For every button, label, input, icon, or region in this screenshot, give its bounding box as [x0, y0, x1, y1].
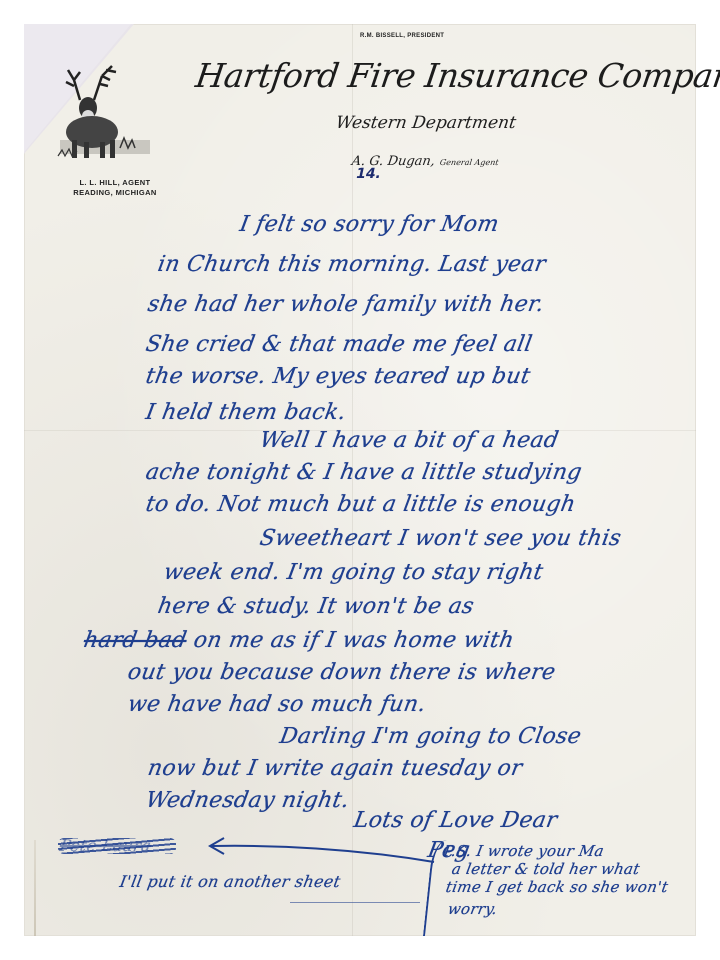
letter-line: Wednesday night.	[144, 788, 352, 813]
closing: Lots of Love Dear	[352, 808, 559, 833]
agent-info: L. L. HILL, AGENT READING, MICHIGAN	[60, 178, 170, 198]
ps-line: worry.	[446, 900, 498, 918]
date-mark: 14.	[354, 166, 382, 182]
letter-line: Darling I'm going to Close	[278, 724, 584, 749]
struck-words: hard bad	[82, 628, 189, 653]
letter-line: She cried & that made me feel all	[144, 332, 534, 357]
letter-line: now but I write again tuesday or	[146, 756, 524, 781]
paper-edge	[34, 840, 36, 936]
letter-line: out you because down there is where	[126, 660, 558, 685]
letter-line: ache tonight & I have a little studying	[144, 460, 584, 485]
department-name: Western Department	[335, 113, 518, 133]
letter-line: here & study. It won't be as	[156, 594, 476, 619]
stag-icon	[50, 60, 160, 170]
ps-line: P.S. I wrote your Ma	[442, 842, 605, 860]
letter-line: Well I have a bit of a head	[258, 428, 561, 453]
general-agent-title: General Agent	[439, 158, 499, 167]
letter-line: in Church this morning. Last year	[156, 252, 548, 277]
divider-line	[290, 902, 420, 903]
letter-line-struck-row: hard bad on me as if I was home with	[82, 628, 516, 653]
letter-line: she had her whole family with her.	[146, 292, 546, 317]
letter-line: on me as if I was home with	[192, 628, 516, 653]
letter-line: we have had so much fun.	[126, 692, 428, 717]
letter-line: Sweetheart I won't see you this	[258, 526, 623, 551]
company-name: Hartford Fire Insurance Company	[193, 56, 688, 95]
president-line: R.M. BISSELL, PRESIDENT	[360, 33, 444, 39]
arrow-icon	[206, 836, 436, 866]
ps-line: time I get back so she won't	[444, 878, 669, 896]
ps-line: a letter & told her what	[450, 860, 641, 878]
agent-name: L. L. HILL, AGENT	[60, 178, 170, 188]
letter-line: week end. I'm going to stay right	[162, 560, 545, 585]
letter-line: I held them back.	[144, 400, 348, 425]
agent-location: READING, MICHIGAN	[60, 188, 170, 198]
note-text: I'll put it on another sheet	[118, 872, 342, 891]
letter-line: I felt so sorry for Mom	[238, 212, 501, 237]
struck-out-name: Pete Laura	[58, 836, 153, 855]
letter-line: to do. Not much but a little is enough	[144, 492, 578, 517]
letter-line: the worse. My eyes teared up but	[144, 364, 533, 389]
